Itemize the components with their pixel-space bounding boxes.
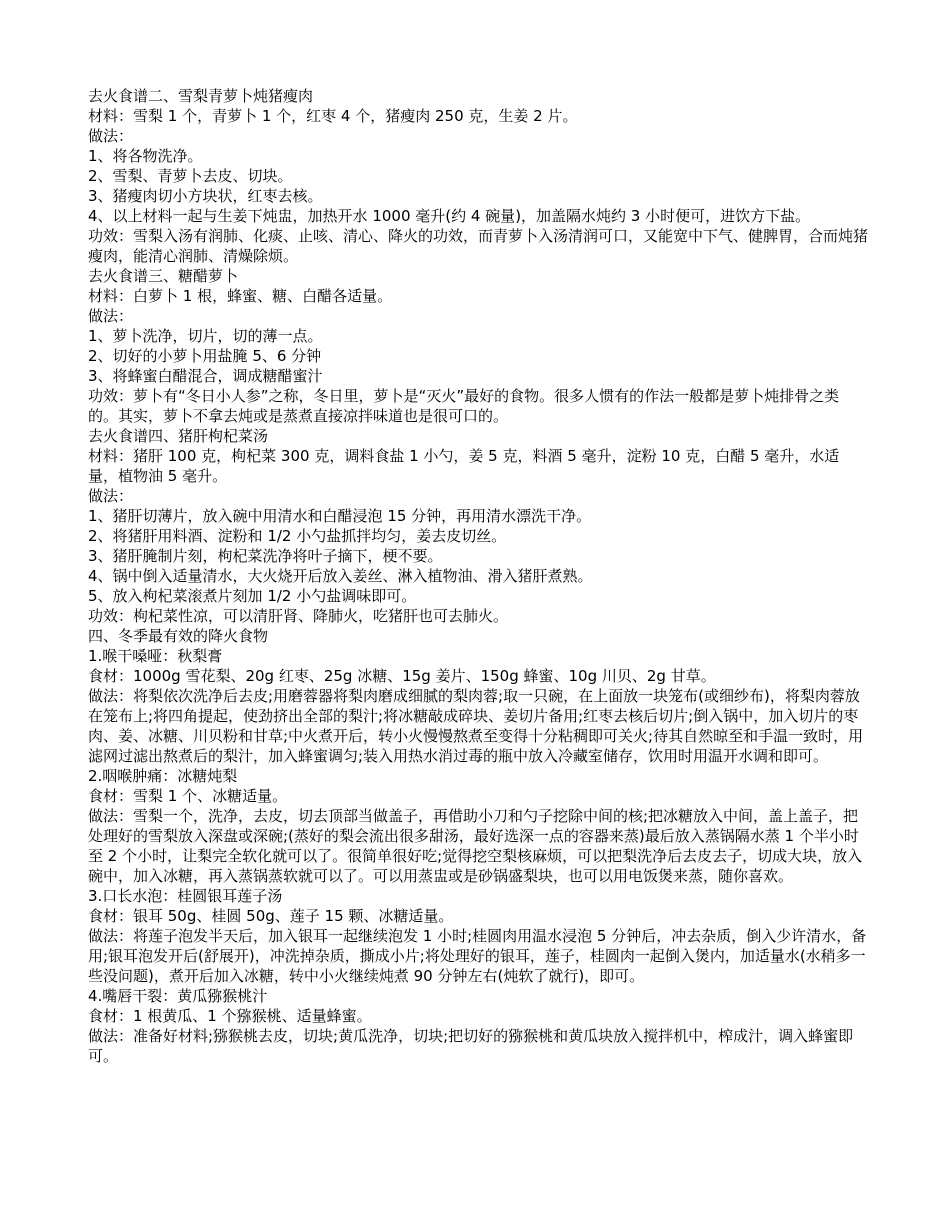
- paragraph: 1、猪肝切薄片，放入碗中用清水和白醋浸泡 15 分钟，再用清水漂洗干净。: [88, 506, 868, 526]
- document-body: 去火食谱二、雪梨青萝卜炖猪瘦肉材料：雪梨 1 个，青萝卜 1 个，红枣 4 个，…: [88, 86, 868, 1066]
- paragraph: 食材：1000g 雪花梨、20g 红枣、25g 冰糖、15g 姜片、150g 蜂…: [88, 666, 868, 686]
- paragraph: 1、萝卜洗净，切片，切的薄一点。: [88, 326, 868, 346]
- paragraph: 做法：将梨依次洗净后去皮;用磨蓉器将梨肉磨成细腻的梨肉蓉;取一只碗，在上面放一块…: [88, 686, 868, 766]
- paragraph: 3.口长水泡：桂圆银耳莲子汤: [88, 886, 868, 906]
- paragraph: 做法：: [88, 306, 868, 326]
- paragraph: 去火食谱三、糖醋萝卜: [88, 266, 868, 286]
- paragraph: 4、以上材料一起与生姜下炖盅，加热开水 1000 毫升(约 4 碗量)，加盖隔水…: [88, 206, 868, 226]
- paragraph: 食材：1 根黄瓜、1 个猕猴桃、适量蜂蜜。: [88, 1006, 868, 1026]
- paragraph: 1、将各物洗净。: [88, 146, 868, 166]
- paragraph: 5、放入枸杞菜滚煮片刻加 1/2 小勺盐调味即可。: [88, 586, 868, 606]
- paragraph: 4.嘴唇干裂：黄瓜猕猴桃汁: [88, 986, 868, 1006]
- paragraph: 功效：雪梨入汤有润肺、化痰、止咳、清心、降火的功效，而青萝卜入汤清润可口，又能宽…: [88, 226, 868, 266]
- paragraph: 食材：雪梨 1 个、冰糖适量。: [88, 786, 868, 806]
- paragraph: 3、猪瘦肉切小方块状，红枣去核。: [88, 186, 868, 206]
- paragraph: 2、将猪肝用料酒、淀粉和 1/2 小勺盐抓拌均匀，姜去皮切丝。: [88, 526, 868, 546]
- paragraph: 四、冬季最有效的降火食物: [88, 626, 868, 646]
- paragraph: 做法：: [88, 126, 868, 146]
- paragraph: 做法：将莲子泡发半天后，加入银耳一起继续泡发 1 小时;桂圆肉用温水浸泡 5 分…: [88, 926, 868, 986]
- paragraph: 2.咽喉肿痛：冰糖炖梨: [88, 766, 868, 786]
- paragraph: 4、锅中倒入适量清水，大火烧开后放入姜丝、淋入植物油、滑入猪肝煮熟。: [88, 566, 868, 586]
- paragraph: 去火食谱四、猪肝枸杞菜汤: [88, 426, 868, 446]
- paragraph: 3、猪肝腌制片刻，枸杞菜洗净将叶子摘下，梗不要。: [88, 546, 868, 566]
- paragraph: 功效：枸杞菜性凉，可以清肝肾、降肺火，吃猪肝也可去肺火。: [88, 606, 868, 626]
- paragraph: 3、将蜂蜜白醋混合，调成糖醋蜜汁: [88, 366, 868, 386]
- paragraph: 2、雪梨、青萝卜去皮、切块。: [88, 166, 868, 186]
- paragraph: 去火食谱二、雪梨青萝卜炖猪瘦肉: [88, 86, 868, 106]
- paragraph: 做法：准备好材料;猕猴桃去皮，切块;黄瓜洗净，切块;把切好的猕猴桃和黄瓜块放入搅…: [88, 1026, 868, 1066]
- paragraph: 材料：白萝卜 1 根，蜂蜜、糖、白醋各适量。: [88, 286, 868, 306]
- paragraph: 材料：猪肝 100 克，枸杞菜 300 克，调料食盐 1 小勺，姜 5 克，料酒…: [88, 446, 868, 486]
- paragraph: 功效：萝卜有“冬日小人参”之称，冬日里，萝卜是“灭火”最好的食物。很多人惯有的作…: [88, 386, 868, 426]
- paragraph: 食材：银耳 50g、桂圆 50g、莲子 15 颗、冰糖适量。: [88, 906, 868, 926]
- paragraph: 2、切好的小萝卜用盐腌 5、6 分钟: [88, 346, 868, 366]
- paragraph: 做法：: [88, 486, 868, 506]
- document-page: 去火食谱二、雪梨青萝卜炖猪瘦肉材料：雪梨 1 个，青萝卜 1 个，红枣 4 个，…: [0, 0, 950, 1230]
- paragraph: 1.喉干嗓哑：秋梨膏: [88, 646, 868, 666]
- paragraph: 材料：雪梨 1 个，青萝卜 1 个，红枣 4 个，猪瘦肉 250 克，生姜 2 …: [88, 106, 868, 126]
- paragraph: 做法：雪梨一个，洗净，去皮，切去顶部当做盖子，再借助小刀和勺子挖除中间的核;把冰…: [88, 806, 868, 886]
